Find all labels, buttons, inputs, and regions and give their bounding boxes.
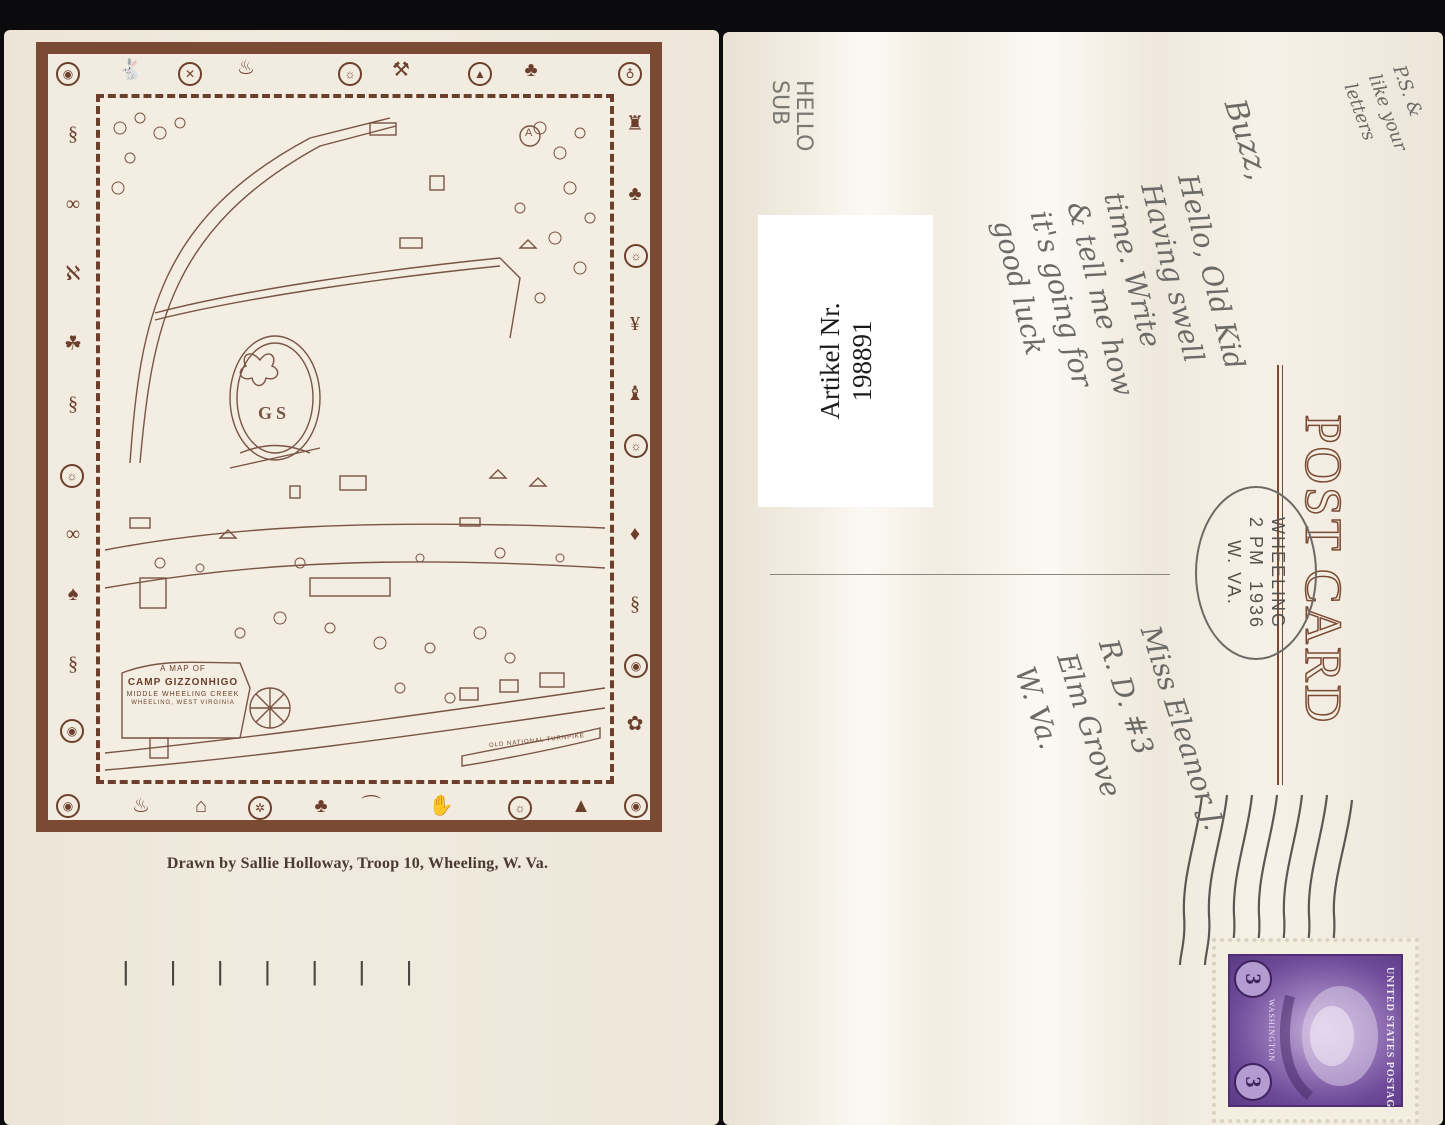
compass-icon: ◉: [60, 719, 84, 743]
crossed-axes-icon: ✕: [178, 62, 202, 86]
article-number: 198891: [846, 303, 878, 420]
camp-map: GS A A MAP OF CAMP GIZZONHIGO MIDDLE WHE…: [96, 94, 614, 784]
knot-icon: ℵ: [60, 264, 86, 290]
bottle-icon: ♝: [622, 384, 648, 410]
palm-tree-icon: ¥: [622, 314, 648, 340]
map-title-scroll: A MAP OF CAMP GIZZONHIGO MIDDLE WHEELING…: [124, 664, 242, 706]
rope-icon: ∞: [60, 194, 86, 220]
knot-icon: §: [60, 654, 86, 680]
sun-icon: ☼: [624, 434, 648, 458]
lantern-icon: ♁: [618, 62, 642, 86]
postmark: WHEELING 2 PM 1936 W. VA.: [1195, 486, 1317, 660]
rabbit-icon: 🐇: [118, 60, 144, 86]
sun-icon: ☼: [338, 62, 362, 86]
hand-icon: ✋: [428, 796, 454, 822]
compass-icon: ◉: [624, 794, 648, 818]
pot-icon: ♨: [128, 796, 154, 822]
knot-icon: §: [622, 594, 648, 620]
map-illustration-frame: ◉ 🐇 ✕ ♨ ☼ ⚒ ▲ ♣ ♁ § ∞ ℵ ☘ § ☼ ∞ ♠ § ◉ ◉ …: [36, 42, 662, 832]
tree-icon: ♣: [622, 184, 648, 210]
bell-icon: ♜: [622, 114, 648, 140]
illustration-caption: Drawn by Sallie Holloway, Troop 10, Whee…: [0, 855, 715, 873]
map-title-line2: CAMP GIZZONHIGO: [124, 677, 242, 688]
leaf-icon: ♦: [622, 524, 648, 550]
article-number-label: Artikel Nr. 198891: [758, 215, 933, 507]
postmark-time: 2 PM: [1246, 517, 1266, 567]
side-note-line: HELLO: [791, 80, 815, 152]
article-number-text: Artikel Nr. 198891: [814, 303, 878, 420]
stamp-portrait: 3 3 WASHINGTON UNITED STATES POSTAGE: [1228, 954, 1403, 1107]
wheel-icon: ✲: [248, 796, 272, 820]
postmark-text: WHEELING 2 PM 1936 W. VA.: [1223, 517, 1289, 629]
flower-icon: ✿: [622, 714, 648, 740]
map-marker-a: A: [525, 127, 532, 139]
trees-icon: ♠: [60, 584, 86, 610]
knot-icon: §: [60, 124, 86, 150]
article-label: Artikel Nr.: [814, 303, 846, 420]
bird-icon: ♣: [518, 60, 544, 86]
campfire-icon: ♨: [233, 58, 259, 84]
map-title-line3: MIDDLE WHEELING CREEK: [124, 691, 242, 698]
postmark-year: 1936: [1246, 581, 1266, 629]
canoe-icon: ⌒: [358, 796, 384, 822]
knot-icon: ∞: [60, 524, 86, 550]
address-divider-line: [770, 574, 1170, 575]
compass-icon: ◉: [56, 794, 80, 818]
compass-icon: ◉: [624, 654, 648, 678]
map-title-line1: A MAP OF: [124, 664, 242, 673]
side-note-line: SUB: [767, 80, 791, 152]
portrait-icon: [1270, 966, 1390, 1106]
knot-icon: §: [60, 394, 86, 420]
postmark-state: W. VA.: [1224, 540, 1244, 606]
hat-icon: ⌂: [188, 796, 214, 822]
postmark-city: WHEELING: [1268, 517, 1288, 629]
bird-icon: ♣: [308, 796, 334, 822]
sun-icon: ☼: [624, 244, 648, 268]
sun-icon: ☼: [508, 796, 532, 820]
tent-badge-icon: ▲: [468, 62, 492, 86]
sun-icon: ☼: [60, 464, 84, 488]
tent-icon: ▲: [568, 796, 594, 822]
emblem-letters: GS: [258, 403, 290, 424]
tools-icon: ⚒: [388, 60, 414, 86]
compass-icon: ◉: [56, 62, 80, 86]
trefoil-icon: ☘: [60, 334, 86, 360]
postage-stamp: 3 3 WASHINGTON UNITED STATES POSTAGE: [1212, 938, 1419, 1123]
map-title-line4: WHEELING, WEST VIRGINIA: [124, 700, 242, 706]
tally-marks: | | | | | | |: [118, 958, 425, 988]
handwritten-side-note: HELLO SUB: [767, 80, 815, 152]
